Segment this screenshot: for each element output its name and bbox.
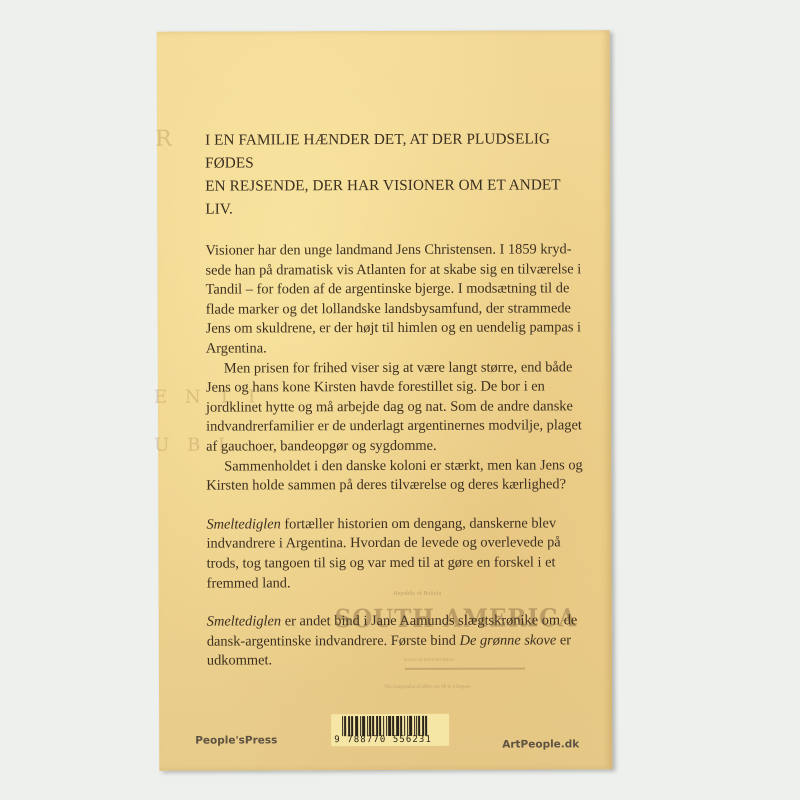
first-volume-title: De grønne skove (460, 632, 557, 648)
headline-line: I en familie hænder det, at der pludseli… (205, 127, 583, 174)
publisher-logo-artpeople: ArtPeople.dk (502, 738, 579, 750)
book-title: Smeltediglen (206, 516, 280, 532)
book-back-cover: R E N T I U B I Republic of Bolivia SOUT… (157, 30, 613, 771)
blurb-paragraph: Visioner har den unge landmand Jens Chri… (205, 240, 583, 359)
book-title: Smeltediglen (207, 613, 281, 629)
headline-line: en rejsende, der har visioner om et ande… (205, 173, 583, 220)
blurb-paragraph: Sammenholdet i den danske koloni er stær… (206, 456, 584, 497)
blurb-paragraph: Men prisen for frihed viser sig at være … (206, 358, 584, 457)
publisher-logo-peoplespress: People'sPress (195, 734, 277, 746)
map-note: The Geographical Miles are 60 to a Degre… (384, 685, 471, 690)
blurb-paragraph: Smeltediglen fortæller historien om deng… (206, 514, 584, 594)
blurb-paragraph: Smeltediglen er andet bind i Jane Aamund… (207, 611, 585, 671)
isbn-number: 9 788770 556231 (334, 735, 446, 745)
headline: I en familie hænder det, at der pludseli… (205, 127, 583, 220)
isbn-barcode: 9 788770 556231 (331, 714, 449, 746)
barcode-bars (342, 716, 446, 736)
map-label: R (155, 127, 178, 152)
blurb: I en familie hænder det, at der pludseli… (205, 127, 585, 671)
